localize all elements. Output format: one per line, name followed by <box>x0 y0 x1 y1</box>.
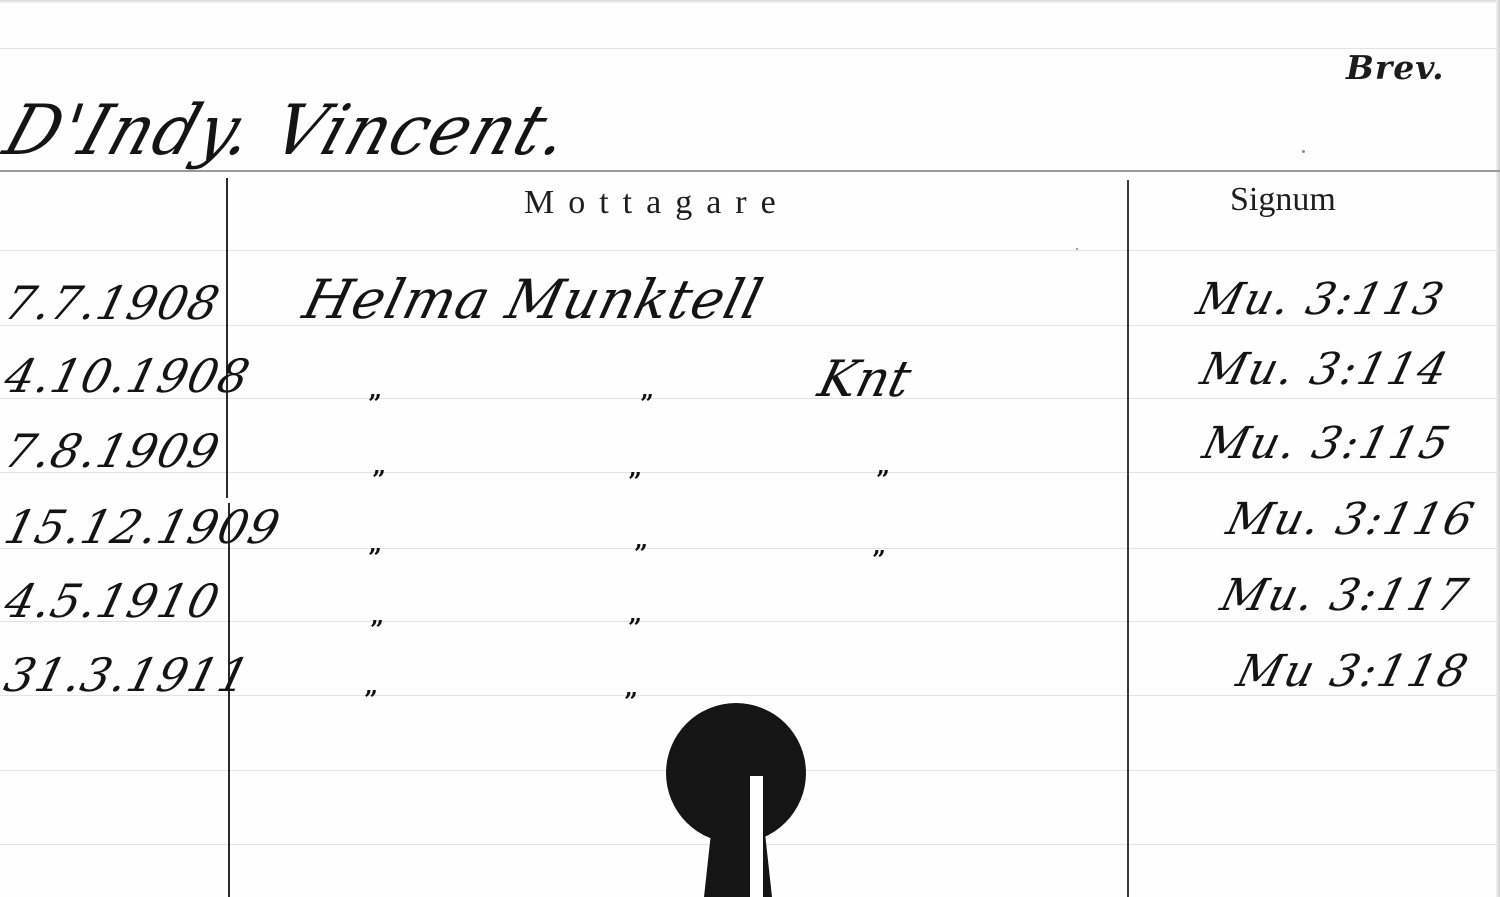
card-top-edge <box>0 0 1500 3</box>
ditto-mark: ” <box>628 616 642 640</box>
ruled-line <box>0 48 1500 49</box>
ditto-mark: ” <box>628 470 642 494</box>
paper-speck <box>1076 248 1078 250</box>
entry-signum: Mu. 3:113 <box>1192 274 1451 325</box>
entry-date: 31.3.1911 <box>0 648 256 702</box>
paper-speck <box>1302 150 1305 153</box>
ruled-line <box>0 250 1500 251</box>
entry-date: 4.10.1908 <box>0 349 256 403</box>
entry-date: 4.5.1910 <box>0 574 226 628</box>
signum-column-divider <box>1127 180 1129 897</box>
ditto-mark: ” <box>624 690 638 714</box>
recipient-column-header: Mottagare <box>524 184 790 222</box>
ditto-mark: ” <box>872 548 886 572</box>
ditto-mark: ” <box>634 542 648 566</box>
index-card: Brev. Mottagare Signum D'Indy. Vincent. … <box>0 0 1500 897</box>
ditto-mark: ” <box>364 688 378 712</box>
entry-recipient: Helma Munktell <box>297 268 769 331</box>
entry-date: 15.12.1909 <box>0 500 286 554</box>
ditto-mark: ” <box>372 468 386 492</box>
ditto-mark: ” <box>876 468 890 492</box>
signum-column-header: Signum <box>1230 181 1336 219</box>
ruled-line <box>0 472 1500 473</box>
entry-date: 7.7.1908 <box>0 276 226 330</box>
ditto-mark: ” <box>640 392 654 416</box>
entry-date: 7.8.1909 <box>0 424 226 478</box>
correspondent-name: D'Indy. Vincent. <box>0 90 582 171</box>
card-category: Brev. <box>1346 48 1445 87</box>
ditto-mark: ” <box>368 392 382 416</box>
entry-signum: Mu. 3:115 <box>1198 418 1457 469</box>
punch-hole-slot <box>748 776 763 897</box>
entry-signum: Mu. 3:117 <box>1216 570 1475 621</box>
entry-signum: Mu. 3:114 <box>1196 344 1455 395</box>
card-right-edge <box>1496 0 1500 897</box>
date-column-divider <box>226 178 228 498</box>
ditto-mark: ” <box>368 546 382 570</box>
entry-signum: Mu. 3:116 <box>1222 494 1481 545</box>
entry-signum: Mu 3:118 <box>1232 646 1475 697</box>
ruled-line <box>0 621 1500 622</box>
ditto-mark: ” <box>370 618 384 642</box>
entry-recipient-note: Knt <box>813 350 917 408</box>
